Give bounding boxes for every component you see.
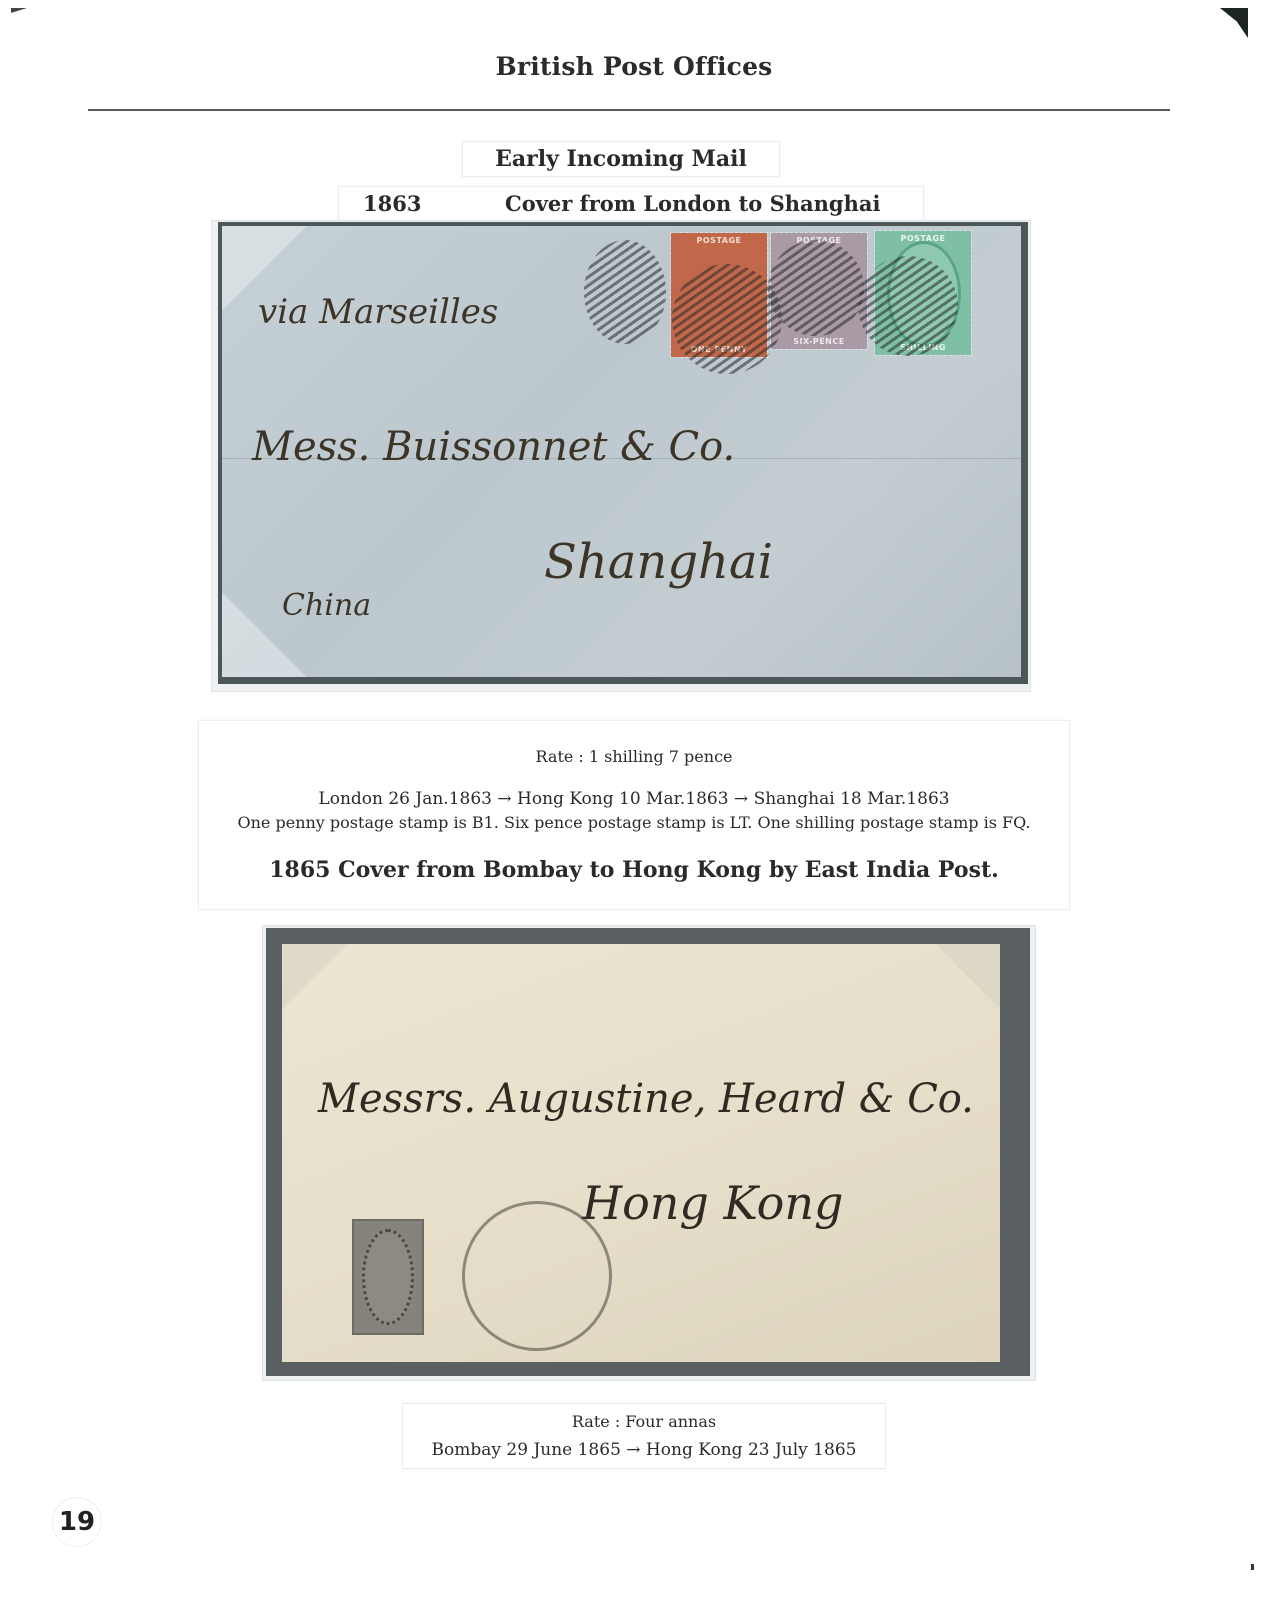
circular-date-stamp bbox=[462, 1201, 612, 1351]
page-corner-mark bbox=[1251, 1564, 1254, 1570]
numeral-postmark bbox=[584, 240, 666, 344]
cover1-description: Cover from London to Shanghai bbox=[505, 187, 880, 221]
cover2-frame: Messrs. Augustine, Heard & Co. Hong Kong bbox=[266, 928, 1030, 1376]
cover1-frame: POSTAGE ONE PENNY POSTAGE SIX-PENCE POST… bbox=[218, 222, 1028, 684]
cover1-image: POSTAGE ONE PENNY POSTAGE SIX-PENCE POST… bbox=[222, 226, 1021, 677]
cover2-rate: Rate : Four annas bbox=[403, 1412, 885, 1431]
title-divider bbox=[88, 109, 1170, 111]
mount-corner bbox=[282, 944, 357, 1019]
numeral-postmark bbox=[858, 256, 958, 356]
cover1-rate: Rate : 1 shilling 7 pence bbox=[199, 747, 1069, 766]
page-corner-mark bbox=[11, 8, 27, 13]
handwritten-addressee: Messrs. Augustine, Heard & Co. bbox=[318, 1076, 974, 1122]
page-title: British Post Offices bbox=[0, 52, 1268, 81]
cover1-year: 1863 bbox=[363, 187, 421, 221]
cover2-image: Messrs. Augustine, Heard & Co. Hong Kong bbox=[282, 944, 1000, 1362]
handwritten-country: China bbox=[282, 588, 371, 623]
handwritten-addressee: Mess. Buissonnet & Co. bbox=[252, 424, 735, 470]
queen-victoria-portrait bbox=[362, 1229, 414, 1325]
numeral-postmark bbox=[672, 264, 782, 374]
cover1-heading: 1863 Cover from London to Shanghai bbox=[338, 186, 924, 222]
cover2-route: Bombay 29 June 1865 → Hong Kong 23 July … bbox=[403, 1440, 885, 1460]
cover2-caption: Rate : Four annas Bombay 29 June 1865 → … bbox=[402, 1403, 886, 1469]
handwritten-city: Shanghai bbox=[544, 534, 773, 590]
cover1-caption: Rate : 1 shilling 7 pence London 26 Jan.… bbox=[198, 720, 1070, 910]
page-corner-mark bbox=[1220, 8, 1248, 38]
stamp-four-annas bbox=[352, 1219, 424, 1335]
cover2-heading: 1865 Cover from Bombay to Hong Kong by E… bbox=[199, 857, 1069, 883]
mount-corner bbox=[925, 944, 1000, 1019]
page-number: 19 bbox=[52, 1497, 102, 1547]
numeral-postmark bbox=[768, 240, 864, 336]
section-heading: Early Incoming Mail bbox=[462, 141, 780, 177]
cover1-stamps-note: One penny postage stamp is B1. Six pence… bbox=[199, 813, 1069, 832]
cover1-route: London 26 Jan.1863 → Hong Kong 10 Mar.18… bbox=[199, 789, 1069, 809]
handwritten-routing: via Marseilles bbox=[258, 292, 498, 332]
handwritten-city: Hong Kong bbox=[582, 1176, 843, 1230]
